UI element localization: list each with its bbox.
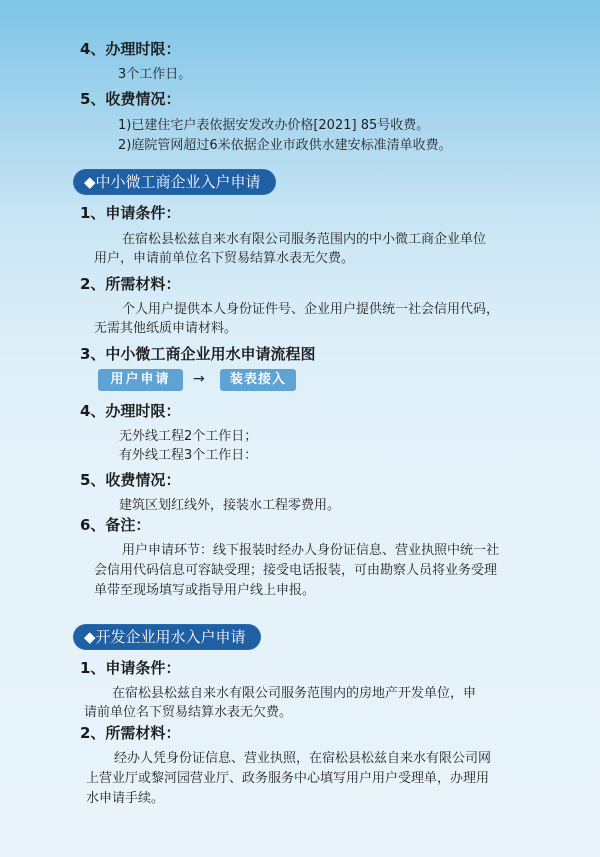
sme-remarks-heading: 6、备注： [80, 514, 150, 535]
dev-conditions-line-2: 请前单位名下贸易结算水表无欠费。 [84, 701, 292, 720]
section-banner-developer: ◆开发企业用水入户申请 [74, 625, 260, 649]
dev-materials-line-1: 经办人凭身份证信息、营业执照，在宿松县松兹自来水有限公司网 [114, 747, 491, 766]
fee-line-1: 1)已建住宅户表依据安发改办价格[2021] 85号收费。 [118, 114, 429, 133]
sme-materials-line-1: 个人用户提供本人身份证件号、企业用户提供统一社会信用代码， [122, 298, 499, 317]
sme-conditions-line-1: 在宿松县松兹自来水有限公司服务范围内的中小微工商企业单位 [122, 228, 486, 247]
sme-conditions-line-2: 用户，申请前单位名下贸易结算水表无欠费。 [94, 247, 354, 266]
sme-fee-heading: 5、收费情况： [80, 469, 180, 490]
sme-fee-line-1: 建筑区划红线外，接装水工程零费用。 [119, 494, 340, 513]
flow-step-user-apply: 用户申请 [98, 369, 183, 391]
dev-conditions-line-1: 在宿松县松兹自来水有限公司服务范围内的房地产开发单位，申 [112, 682, 476, 701]
timeline-text: 3个工作日。 [118, 63, 191, 82]
sme-remarks-line-2: 会信用代码信息可容缺受理；接受电话报装，可由勘察人员将业务受理 [94, 559, 497, 578]
sme-timeline-line-1: 无外线工程2个工作日； [119, 425, 257, 444]
dev-conditions-heading: 1、申请条件： [80, 657, 180, 678]
sme-materials-line-2: 无需其他纸质申请材料。 [94, 317, 237, 336]
sme-timeline-line-2: 有外线工程3个工作日： [119, 444, 257, 463]
section-banner-sme: ◆中小微工商企业入户申请 [74, 170, 275, 194]
sme-remarks-line-3: 单带至现场填写或指导用户线上申报。 [94, 579, 315, 598]
sme-timeline-heading: 4、办理时限： [80, 400, 180, 421]
sme-conditions-heading: 1、申请条件： [80, 202, 180, 223]
sme-materials-heading: 2、所需材料： [80, 273, 180, 294]
fee-heading: 5、收费情况： [80, 88, 180, 109]
flow-step-meter-install: 装表接入 [220, 369, 296, 391]
sme-remarks-line-1: 用户申请环节：线下报装时经办人身份证信息、营业执照中统一社 [122, 539, 499, 558]
fee-line-2: 2)庭院管网超过6米依据企业市政供水建安标准清单收费。 [118, 134, 452, 153]
dev-materials-heading: 2、所需材料： [80, 722, 180, 743]
flow-arrow-icon: → [193, 371, 205, 387]
dev-materials-line-3: 水申请手续。 [86, 787, 164, 806]
timeline-heading: 4、办理时限： [80, 38, 180, 59]
sme-flowchart-heading: 3、中小微工商企业用水申请流程图 [80, 343, 315, 364]
dev-materials-line-2: 上营业厅或黎河园营业厅、政务服务中心填写用户用户受理单，办理用 [86, 767, 489, 786]
